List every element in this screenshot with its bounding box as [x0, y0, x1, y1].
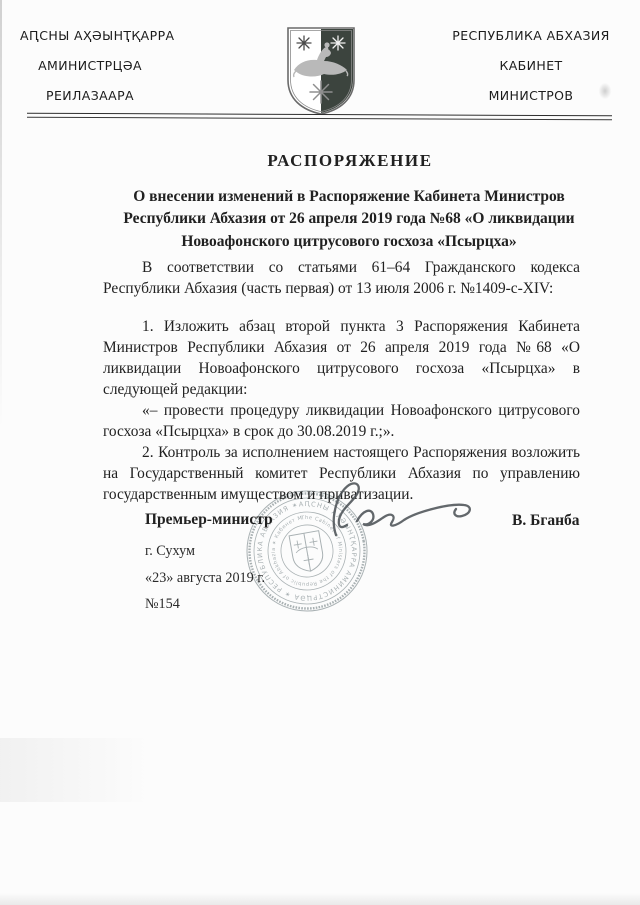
doc-title: РАСПОРЯЖЕНИЕ [60, 151, 640, 171]
coat-of-arms-emblem [286, 26, 356, 116]
paragraph-item-1: 1. Изложить абзац второй пункта 3 Распор… [103, 316, 580, 400]
document-page: АԤСНЫ АҲӘЫНҬҚАРРА АМИНИСТРЦӘА РЕИЛАЗААРА [0, 0, 640, 905]
scan-artifact-band [0, 738, 150, 802]
doc-body: В соответствии со статьями 61–64 Граждан… [103, 257, 580, 505]
letterhead-line: АԤСНЫ АҲӘЫНҬҚАРРА [20, 28, 160, 43]
letterhead-line: РЕСПУБЛИКА АБХАЗИЯ [450, 28, 612, 43]
signatory-name: В. Бганба [512, 512, 580, 530]
letterhead-russian-block: РЕСПУБЛИКА АБХАЗИЯ КАБИНЕТ МИНИСТРОВ [450, 28, 612, 118]
letterhead-line: РЕИЛАЗААРА [20, 88, 160, 103]
letterhead-abkhaz-block: АԤСНЫ АҲӘЫНҬҚАРРА АМИНИСТРЦӘА РЕИЛАЗААРА [20, 28, 160, 118]
letterhead-line: АМИНИСТРЦӘА [20, 58, 160, 73]
paragraph-quote: «– провести процедуру ликвидации Новоафо… [103, 400, 580, 442]
scan-artifact-bottom [0, 893, 640, 905]
letterhead-line: КАБИНЕТ [450, 58, 612, 73]
doc-subtitle: О внесении изменений в Распоряжение Каби… [118, 186, 580, 253]
signature-scribble [312, 476, 487, 546]
paragraph-preamble: В соответствии со статьями 61–64 Граждан… [103, 257, 580, 299]
letterhead-line: МИНИСТРОВ [450, 88, 612, 103]
scan-artifact-left-edge [0, 0, 2, 430]
doc-number: №154 [145, 596, 265, 613]
